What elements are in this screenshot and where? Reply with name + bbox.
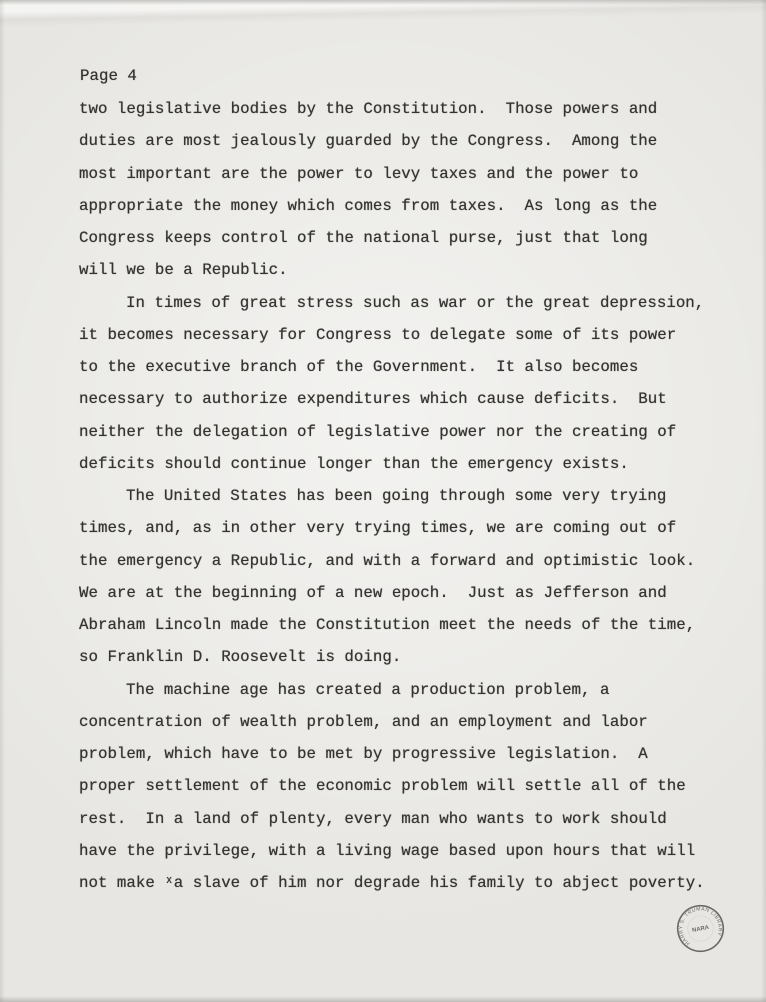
text-line: to the executive branch of the Governmen… — [79, 351, 705, 383]
text-line: In times of great stress such as war or … — [79, 287, 705, 319]
stamp-graphic: HARRY S. TRUMAN LIBRARY NARA — [672, 900, 729, 957]
text-line: times, and, as in other very trying time… — [79, 512, 705, 544]
text-line: have the privilege, with a living wage b… — [79, 835, 705, 867]
text-line: not make ˣa slave of him nor degrade his… — [79, 867, 705, 899]
text-line: We are at the beginning of a new epoch. … — [79, 577, 705, 609]
text-line: proper settlement of the economic proble… — [79, 770, 705, 802]
text-line: duties are most jealously guarded by the… — [79, 125, 705, 157]
text-line: most important are the power to levy tax… — [79, 158, 705, 190]
text-line: the emergency a Republic, and with a for… — [79, 545, 705, 577]
document-body: two legislative bodies by the Constituti… — [79, 93, 705, 899]
stamp-center-text: NARA — [692, 925, 711, 934]
scanned-document-page: Page 4 two legislative bodies by the Con… — [0, 0, 766, 1002]
text-line: Congress keeps control of the national p… — [79, 222, 705, 254]
text-line: rest. In a land of plenty, every man who… — [79, 803, 705, 835]
text-line: appropriate the money which comes from t… — [79, 190, 705, 222]
truman-library-nara-stamp: HARRY S. TRUMAN LIBRARY NARA — [672, 900, 729, 957]
text-line: concentration of wealth problem, and an … — [79, 706, 705, 738]
text-line: so Franklin D. Roosevelt is doing. — [79, 641, 705, 673]
text-line: Abraham Lincoln made the Constitution me… — [79, 609, 705, 641]
text-line: two legislative bodies by the Constituti… — [79, 93, 705, 125]
stamp-ring-text: HARRY S. TRUMAN LIBRARY — [674, 902, 725, 947]
text-line: necessary to authorize expenditures whic… — [79, 383, 705, 415]
text-line: problem, which have to be met by progres… — [79, 738, 705, 770]
svg-text:HARRY S. TRUMAN LIBRARY: HARRY S. TRUMAN LIBRARY — [674, 902, 725, 947]
text-line: The United States has been going through… — [79, 480, 705, 512]
page-number-label: Page 4 — [80, 66, 137, 86]
text-line: deficits should continue longer than the… — [79, 448, 705, 480]
text-line: it becomes necessary for Congress to del… — [79, 319, 705, 351]
text-line: The machine age has created a production… — [79, 674, 705, 706]
text-line: neither the delegation of legislative po… — [79, 416, 705, 448]
text-line: will we be a Republic. — [79, 254, 705, 286]
